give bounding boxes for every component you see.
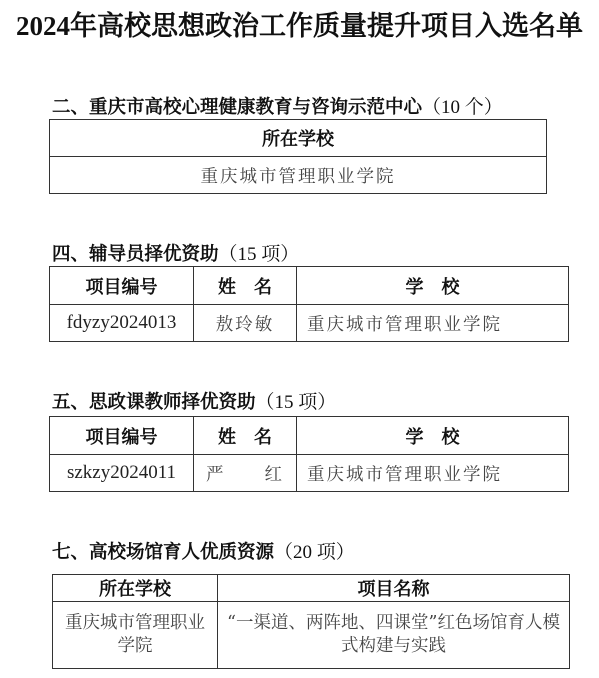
header-school: 学 校 <box>297 267 569 305</box>
header-name: 姓 名 <box>194 267 297 305</box>
section-title: 七、高校场馆育人优质资源 <box>52 542 274 563</box>
cell-school: 重庆城市管理职业学院 <box>53 602 218 669</box>
table-header-row: 项目编号 姓 名 学 校 <box>50 417 569 455</box>
section-count: （10 个） <box>422 97 503 118</box>
table-header-row: 所在学校 项目名称 <box>53 575 570 602</box>
section-heading-psych-center: 二、重庆市高校心理健康教育与咨询示范中心（10 个） <box>52 92 503 119</box>
cell-project-name: “一渠道、两阵地、四课堂”红色场馆育人模式构建与实践 <box>218 602 570 669</box>
cell-school: 重庆城市管理职业学院 <box>297 305 569 342</box>
table-row: 重庆城市管理职业学院 <box>50 157 547 194</box>
table-row: fdyzy2024013 敖玲敏 重庆城市管理职业学院 <box>50 305 569 342</box>
header-school: 所在学校 <box>53 575 218 602</box>
section-title: 四、辅导员择优资助 <box>52 244 219 265</box>
header-school: 所在学校 <box>50 120 547 157</box>
document-title: 2024年高校思想政治工作质量提升项目入选名单 <box>0 4 599 43</box>
header-project-id: 项目编号 <box>50 267 194 305</box>
table-row: 重庆城市管理职业学院 “一渠道、两阵地、四课堂”红色场馆育人模式构建与实践 <box>53 602 570 669</box>
section-count: （15 项） <box>219 244 300 265</box>
cell-project-id: szkzy2024011 <box>50 455 194 492</box>
psych-center-table: 所在学校 重庆城市管理职业学院 <box>49 119 547 194</box>
cell-school: 重庆城市管理职业学院 <box>297 455 569 492</box>
table-header-row: 项目编号 姓 名 学 校 <box>50 267 569 305</box>
cell-project-id: fdyzy2024013 <box>50 305 194 342</box>
header-school: 学 校 <box>297 417 569 455</box>
section-title: 五、思政课教师择优资助 <box>52 392 256 413</box>
table-row: szkzy2024011 严 红 重庆城市管理职业学院 <box>50 455 569 492</box>
section-heading-teacher: 五、思政课教师择优资助（15 项） <box>52 387 336 414</box>
section-heading-counselor: 四、辅导员择优资助（15 项） <box>52 239 299 266</box>
teacher-table: 项目编号 姓 名 学 校 szkzy2024011 严 红 重庆城市管理职业学院 <box>49 416 569 492</box>
counselor-table: 项目编号 姓 名 学 校 fdyzy2024013 敖玲敏 重庆城市管理职业学院 <box>49 266 569 342</box>
cell-school: 重庆城市管理职业学院 <box>50 157 547 194</box>
section-title: 二、重庆市高校心理健康教育与咨询示范中心 <box>52 97 422 118</box>
table-header-row: 所在学校 <box>50 120 547 157</box>
section-count: （20 项） <box>274 542 355 563</box>
cell-name: 敖玲敏 <box>194 305 297 342</box>
venue-table: 所在学校 项目名称 重庆城市管理职业学院 “一渠道、两阵地、四课堂”红色场馆育人… <box>52 574 570 669</box>
section-heading-venue: 七、高校场馆育人优质资源（20 项） <box>52 537 355 564</box>
cell-name: 严 红 <box>194 455 297 492</box>
section-count: （15 项） <box>256 392 337 413</box>
header-project-id: 项目编号 <box>50 417 194 455</box>
header-project-name: 项目名称 <box>218 575 570 602</box>
header-name: 姓 名 <box>194 417 297 455</box>
